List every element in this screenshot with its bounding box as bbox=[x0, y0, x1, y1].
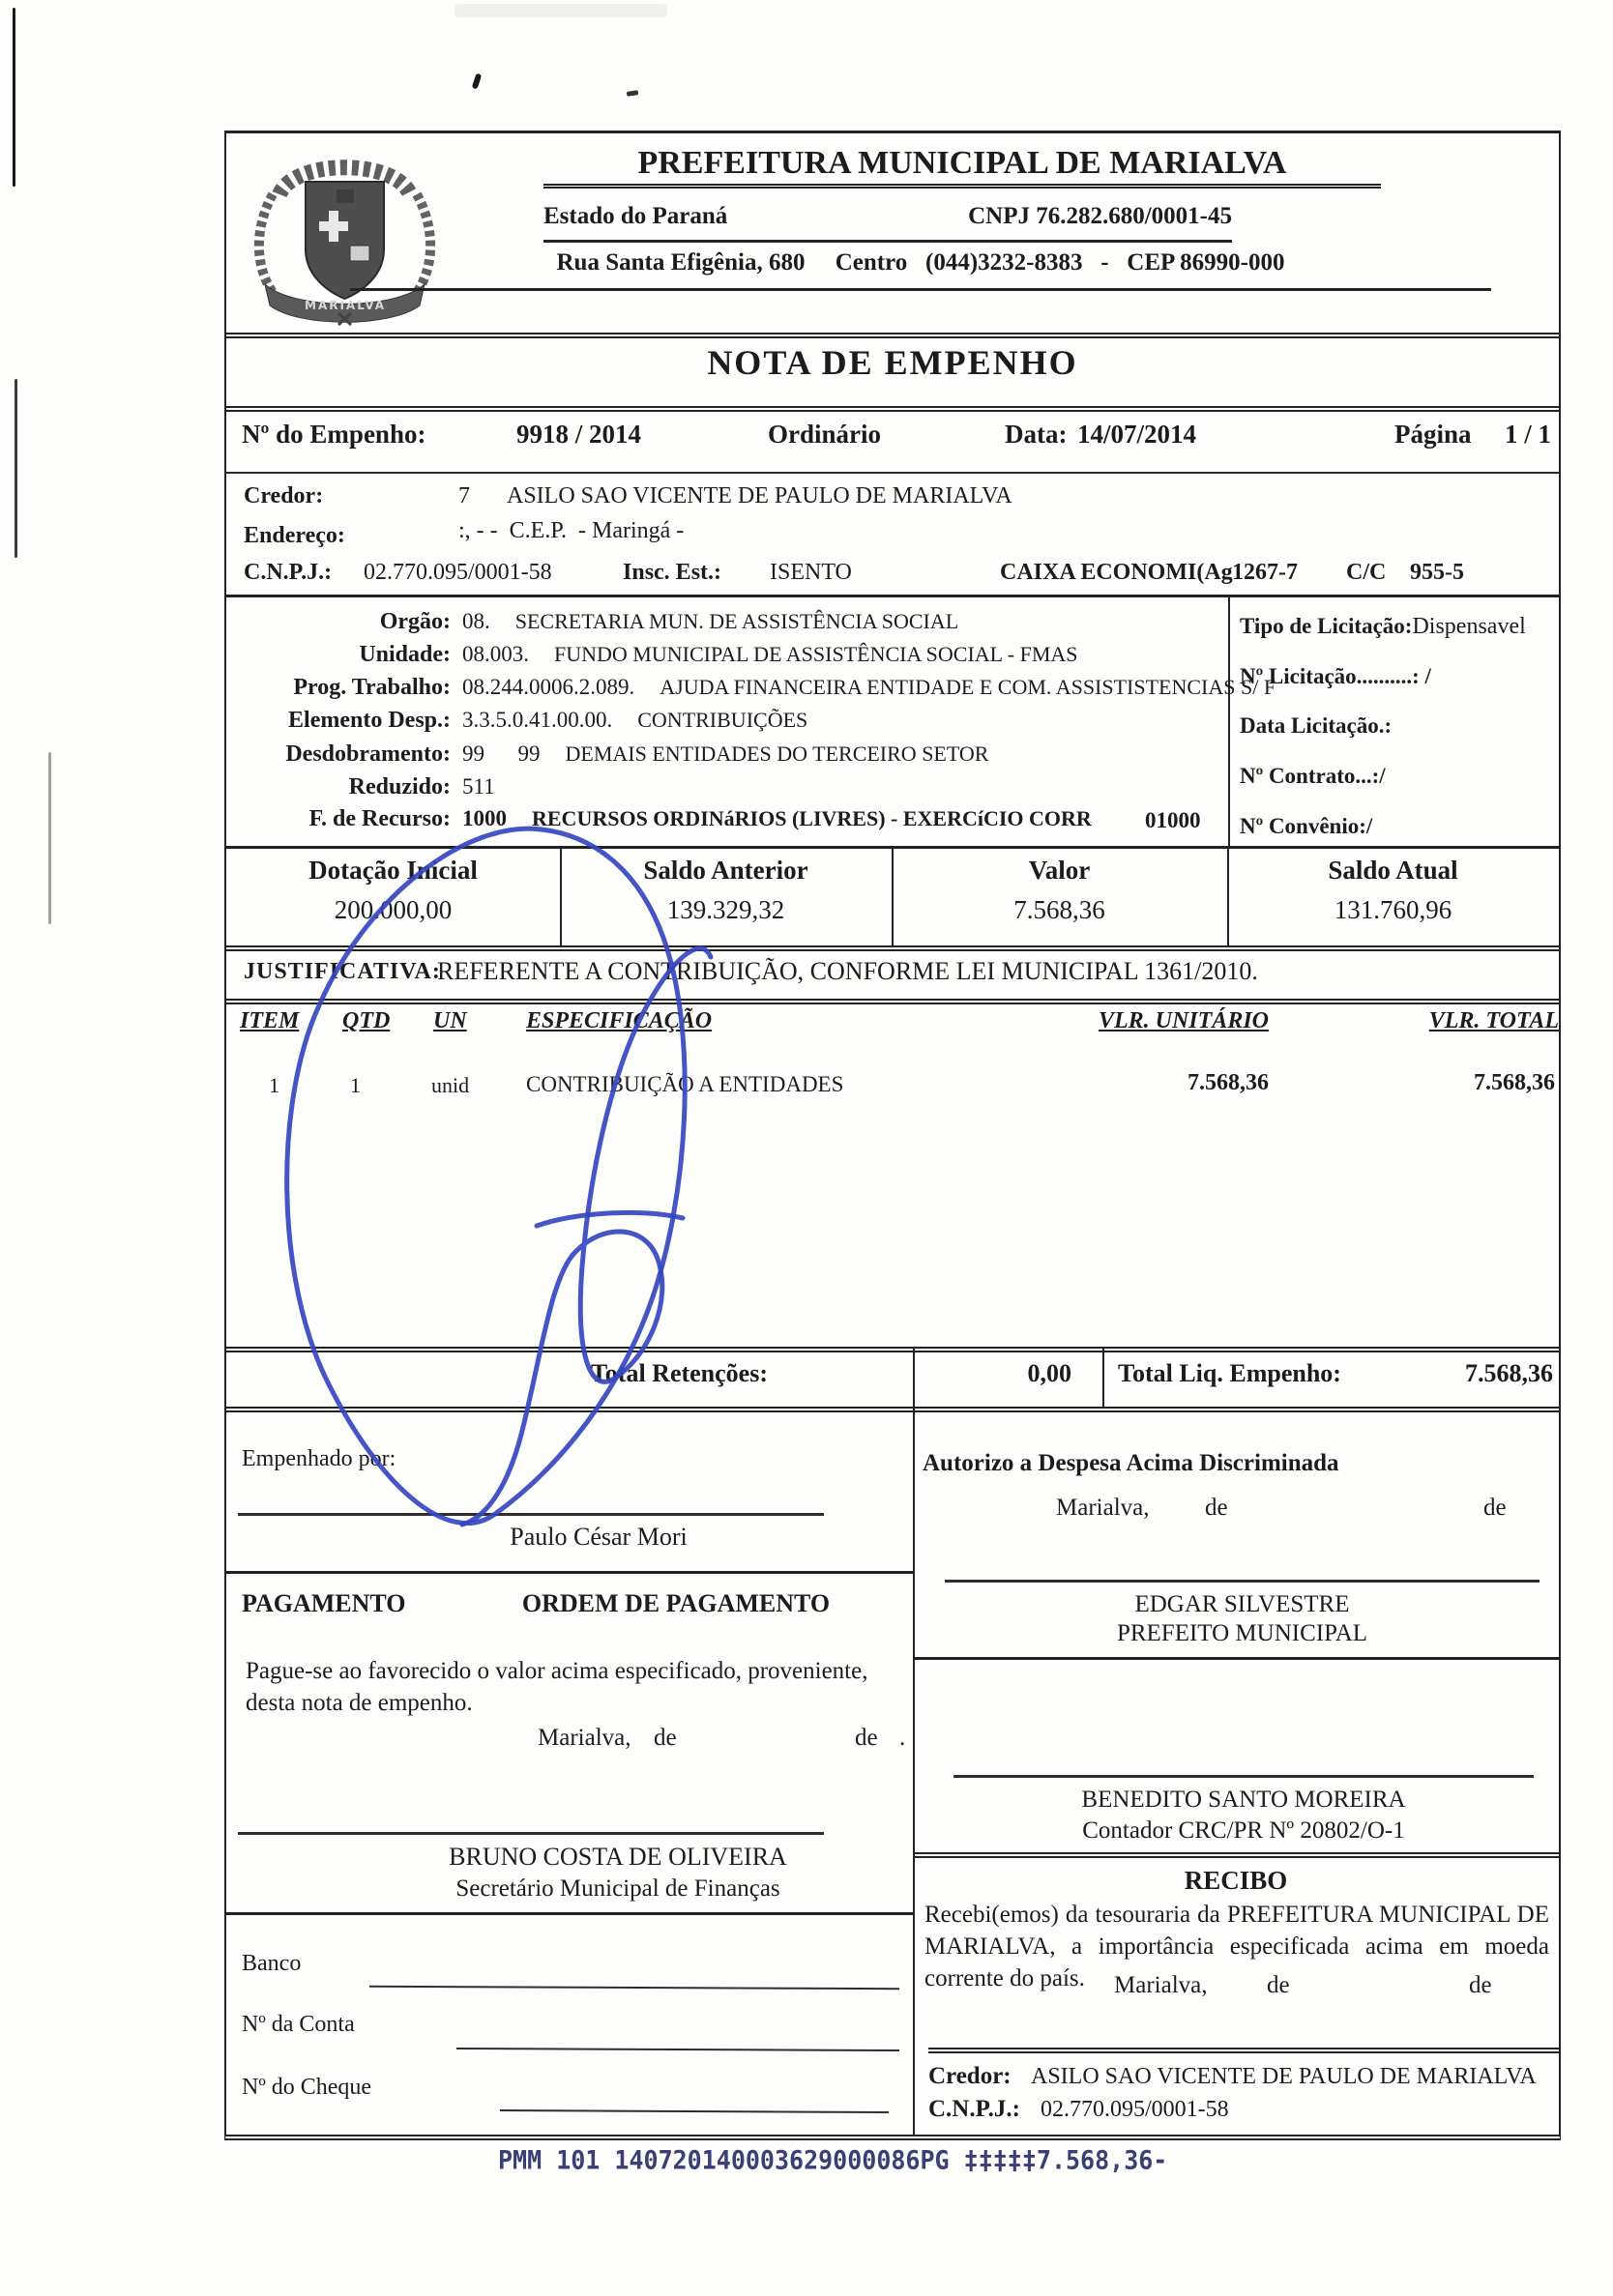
scan-artifact-line bbox=[13, 8, 15, 187]
svg-text:MARIALVA: MARIALVA bbox=[305, 299, 386, 312]
budget-row-reduzido: Reduzido:511 bbox=[226, 774, 1224, 803]
licitacao-data: Data Licitação.: bbox=[1240, 713, 1392, 739]
recibo-title: RECIBO bbox=[913, 1866, 1559, 1896]
signature-line bbox=[945, 1580, 1540, 1583]
items-header-un: UN bbox=[433, 1008, 467, 1034]
section-divider bbox=[224, 999, 1561, 1004]
item-row-qtd: 1 bbox=[350, 1073, 361, 1098]
budget-desc: CONTRIBUIÇÕES bbox=[637, 708, 807, 732]
section-divider bbox=[913, 1852, 1559, 1858]
conta-label: Nº da Conta bbox=[242, 2012, 355, 2038]
signer-role-finance: Secretário Municipal de Finanças bbox=[342, 1875, 894, 1903]
scan-artifact-line bbox=[48, 752, 51, 924]
valor-label: Valor bbox=[892, 856, 1227, 886]
section-divider bbox=[224, 1347, 1561, 1352]
empenhado-por-label: Empenhado por: bbox=[242, 1446, 396, 1472]
recibo-de-1: de bbox=[1267, 1972, 1290, 1999]
endereco-value: :, - - C.E.P. - Maringá - bbox=[458, 518, 684, 544]
recibo-text: Recebi(emos) da tesouraria da PREFEITURA… bbox=[924, 1899, 1549, 1994]
budget-code: 08. bbox=[462, 609, 490, 633]
saldo-atual-label: Saldo Atual bbox=[1227, 856, 1559, 886]
dotacao-inicial-label: Dotação Inicial bbox=[226, 856, 560, 886]
budget-label: Prog. Trabalho: bbox=[226, 675, 451, 701]
bank-name: CAIXA ECONOMI(Ag bbox=[1000, 560, 1233, 586]
budget-row-elemento: Elemento Desp.:3.3.5.0.41.00.00.CONTRIBU… bbox=[226, 708, 1224, 737]
budget-code: 08.244.0006.2.089. bbox=[462, 675, 634, 699]
signer-name-empenhado: Paulo César Mori bbox=[371, 1523, 826, 1552]
marialva-coat-of-arms-logo: MARIALVA bbox=[236, 141, 454, 327]
autorizo-city: Marialva, bbox=[1056, 1495, 1149, 1522]
saldo-anterior-label: Saldo Anterior bbox=[560, 856, 892, 886]
signature-line bbox=[953, 1775, 1534, 1778]
recibo-de-2: de bbox=[1469, 1972, 1492, 1999]
insc-est-value: ISENTO bbox=[770, 560, 852, 586]
budget-label: F. de Recurso: bbox=[226, 806, 451, 832]
signature-line bbox=[238, 1832, 824, 1835]
empenho-number: 9918 / 2014 bbox=[516, 420, 641, 450]
panel-divider bbox=[1228, 595, 1230, 846]
scan-artifact-line bbox=[15, 379, 17, 558]
recibo-cnpj-value: 02.770.095/0001-58 bbox=[1041, 2097, 1229, 2123]
budget-desc: SECRETARIA MUN. DE ASSISTÊNCIA SOCIAL bbox=[515, 609, 958, 633]
total-retencoes-value: 0,00 bbox=[919, 1359, 1071, 1388]
items-header-unitario: VLR. UNITÁRIO bbox=[1075, 1008, 1269, 1034]
budget-label: Reduzido: bbox=[226, 774, 451, 800]
budget-desc: FUNDO MUNICIPAL DE ASSISTÊNCIA SOCIAL - … bbox=[554, 642, 1078, 666]
signer-name-mayor: EDGAR SILVESTRE bbox=[945, 1591, 1540, 1618]
scan-artifact-speck bbox=[627, 90, 639, 97]
budget-label: Elemento Desp.: bbox=[226, 708, 451, 734]
items-header-espec: ESPECIFICAÇÃO bbox=[526, 1008, 712, 1034]
budget-row-desdobramento: Desdobramento:99 99DEMAIS ENTIDADES DO T… bbox=[226, 741, 1224, 770]
licitacao-tipo: Tipo de Licitação:Dispensavel bbox=[1240, 614, 1526, 640]
cheque-label: Nº do Cheque bbox=[242, 2075, 371, 2101]
total-retencoes-label: Total Retenções: bbox=[226, 1359, 768, 1388]
recibo-credor-name: ASILO SAO VICENTE DE PAULO DE MARIALVA bbox=[1031, 2064, 1537, 2090]
section-divider bbox=[224, 333, 1561, 338]
credor-label: Credor: bbox=[244, 483, 323, 509]
licitacao-numero: Nº Licitação..........: / bbox=[1240, 664, 1431, 689]
saldo-atual-value: 131.760,96 bbox=[1227, 895, 1559, 925]
section-divider bbox=[224, 472, 1561, 474]
budget-label: Orgão: bbox=[226, 609, 451, 635]
insc-est-label: Insc. Est.: bbox=[623, 560, 721, 586]
budget-code: 1000 bbox=[462, 806, 507, 830]
saldo-anterior-value: 139.329,32 bbox=[560, 895, 892, 925]
empenho-date-label: Data: bbox=[1005, 420, 1067, 450]
justificativa-text: REFERENTE A CONTRIBUIÇÃO, CONFORME LEI M… bbox=[437, 957, 1258, 986]
recibo-city: Marialva, bbox=[1114, 1972, 1207, 1999]
banco-label: Banco bbox=[242, 1951, 301, 1977]
item-row-espec: CONTRIBUIÇÃO A ENTIDADES bbox=[526, 1072, 843, 1097]
section-divider bbox=[224, 406, 1561, 412]
budget-code: 08.003. bbox=[462, 642, 529, 666]
banco-blank-line bbox=[369, 1986, 899, 1990]
section-divider bbox=[224, 1912, 913, 1915]
empenho-date: 14/07/2014 bbox=[1077, 420, 1196, 450]
justificativa-label: JUSTIFICATIVA: bbox=[244, 959, 441, 985]
budget-row-prog-trabalho: Prog. Trabalho:08.244.0006.2.089.AJUDA F… bbox=[226, 675, 1224, 704]
item-row-total: 7.568,36 bbox=[1408, 1070, 1555, 1096]
autorizo-title: Autorizo a Despesa Acima Discriminada bbox=[923, 1450, 1339, 1477]
address-line: Rua Santa Efigênia, 680 Centro (044)3232… bbox=[350, 249, 1491, 291]
pagamento-de-1: de bbox=[654, 1725, 677, 1752]
budget-row-recurso: F. de Recurso:1000RECURSOS ORDINáRIOS (L… bbox=[226, 806, 1224, 835]
autorizo-de-2: de bbox=[1483, 1495, 1507, 1522]
item-row-unitario: 7.568,36 bbox=[1122, 1070, 1269, 1096]
signer-role-mayor: PREFEITO MUNICIPAL bbox=[945, 1620, 1540, 1647]
item-row-un: unid bbox=[431, 1073, 469, 1098]
pagamento-dot: . bbox=[899, 1725, 905, 1752]
bank-agency: 1267-7 bbox=[1232, 560, 1298, 586]
budget-code: 3.3.5.0.41.00.00. bbox=[462, 708, 612, 732]
footer-processing-code: PMM 101 140720140003629000086PG ‡‡‡‡‡7.5… bbox=[498, 2145, 1167, 2174]
credor-name: ASILO SAO VICENTE DE PAULO DE MARIALVA bbox=[507, 483, 1012, 509]
pagamento-text: Pague-se ao favorecido o valor acima esp… bbox=[246, 1655, 892, 1719]
credor-code: 7 bbox=[458, 483, 470, 509]
budget-label: Desdobramento: bbox=[226, 741, 451, 768]
budget-row-orgao: Orgão:08.SECRETARIA MUN. DE ASSISTÊNCIA … bbox=[226, 609, 1224, 638]
items-header-item: ITEM bbox=[240, 1008, 299, 1034]
dotacao-inicial-value: 200.000,00 bbox=[226, 895, 560, 925]
budget-code: 99 99 bbox=[462, 741, 541, 766]
licitacao-tipo-value: Dispensavel bbox=[1412, 614, 1525, 639]
section-divider bbox=[224, 1571, 913, 1574]
section-divider bbox=[928, 2048, 1559, 2053]
section-divider bbox=[224, 1407, 1561, 1412]
section-divider bbox=[224, 595, 1561, 597]
items-header-qtd: QTD bbox=[342, 1008, 390, 1034]
municipality-title: PREFEITURA MUNICIPAL DE MARIALVA bbox=[543, 145, 1381, 189]
budget-code: 511 bbox=[462, 774, 495, 799]
column-divider bbox=[913, 1347, 915, 2135]
budget-row-unidade: Unidade:08.003.FUNDO MUNICIPAL DE ASSIST… bbox=[226, 642, 1224, 671]
budget-label: Unidade: bbox=[226, 642, 451, 668]
endereco-label: Endereço: bbox=[244, 523, 345, 549]
budget-desc: RECURSOS ORDINáRIOS (LIVRES) - EXERCíCIO… bbox=[532, 806, 1092, 830]
licitacao-tipo-label: Tipo de Licitação: bbox=[1240, 614, 1412, 638]
bank-cc-number: 955-5 bbox=[1410, 560, 1464, 586]
signature-line bbox=[238, 1513, 824, 1516]
column-divider bbox=[1102, 1347, 1104, 1407]
recibo-cnpj-label: C.N.P.J.: bbox=[928, 2096, 1020, 2123]
items-header-total: VLR. TOTAL bbox=[1418, 1008, 1559, 1034]
item-row-number: 1 bbox=[269, 1073, 279, 1098]
scan-artifact-speck bbox=[472, 73, 483, 89]
scan-smudge bbox=[455, 4, 667, 17]
scanned-document-page: MARIALVA PREFEITURA MUNICIPAL DE MARIALV… bbox=[0, 0, 1613, 2296]
section-divider bbox=[224, 945, 1561, 951]
empenho-number-label: Nº do Empenho: bbox=[242, 420, 425, 450]
pagamento-title: PAGAMENTO bbox=[242, 1589, 405, 1618]
licitacao-convenio: Nº Convênio:/ bbox=[1240, 814, 1372, 839]
section-divider bbox=[913, 1657, 1559, 1660]
empenho-kind: Ordinário bbox=[768, 420, 881, 450]
bank-cc-label: C/C bbox=[1346, 560, 1386, 586]
nota-de-empenho-form: MARIALVA PREFEITURA MUNICIPAL DE MARIALV… bbox=[224, 131, 1561, 2140]
state-label: Estado do Paraná bbox=[543, 203, 727, 240]
credor-cnpj: 02.770.095/0001-58 bbox=[364, 560, 552, 586]
pagamento-city: Marialva, bbox=[538, 1725, 631, 1752]
autorizo-de-1: de bbox=[1205, 1495, 1228, 1522]
valor-value: 7.568,36 bbox=[892, 895, 1227, 925]
total-liq-label: Total Liq. Empenho: bbox=[1118, 1359, 1341, 1388]
pagamento-de-2: de bbox=[855, 1725, 878, 1752]
credor-cnpj-label: C.N.P.J.: bbox=[244, 560, 332, 586]
signer-name-finance: BRUNO COSTA DE OLIVEIRA bbox=[342, 1843, 894, 1872]
recurso-extra-code: 01000 bbox=[1145, 808, 1201, 833]
conta-blank-line bbox=[456, 2048, 899, 2051]
total-liq-value: 7.568,36 bbox=[1398, 1359, 1553, 1388]
doc-title: NOTA DE EMPENHO bbox=[226, 342, 1559, 383]
page-number: 1 / 1 bbox=[1505, 420, 1551, 450]
signer-name-accountant: BENEDITO SANTO MOREIRA bbox=[953, 1787, 1534, 1814]
budget-desc: DEMAIS ENTIDADES DO TERCEIRO SETOR bbox=[566, 741, 989, 766]
cnpj-header: CNPJ 76.282.680/0001-45 bbox=[968, 203, 1232, 240]
page-label: Página bbox=[1394, 420, 1472, 450]
ordem-pagamento-title: ORDEM DE PAGAMENTO bbox=[468, 1589, 884, 1618]
cheque-blank-line bbox=[500, 2109, 889, 2113]
recibo-credor-label: Credor: bbox=[928, 2063, 1012, 2090]
signer-role-accountant: Contador CRC/PR Nº 20802/O-1 bbox=[953, 1817, 1534, 1845]
budget-desc: AJUDA FINANCEIRA ENTIDADE E COM. ASSISTI… bbox=[660, 675, 1276, 699]
licitacao-contrato: Nº Contrato...:/ bbox=[1240, 764, 1386, 789]
